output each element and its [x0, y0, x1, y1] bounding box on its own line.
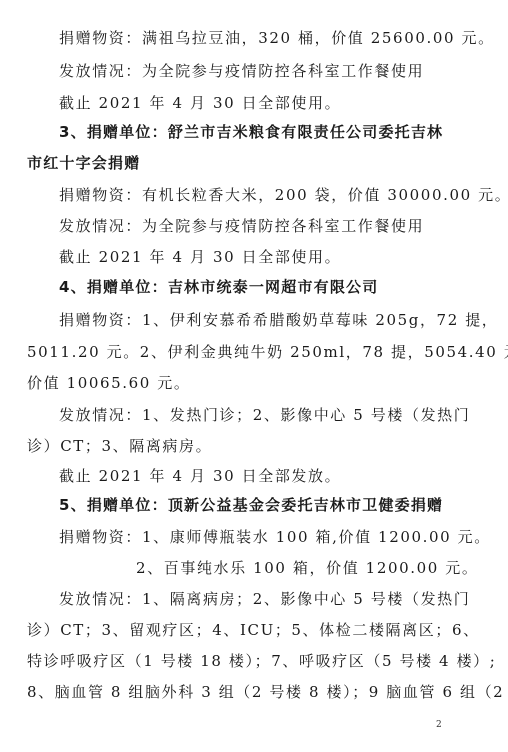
donation-items-water-2: 2、百事纯水乐 100 箱，价值 1200.00 元。 [136, 558, 478, 578]
donation-items-milk: 捐赠物资：1、伊利安慕希希腊酸奶草莓味 205g，72 提， [59, 310, 498, 330]
distribution-water-cont-1: 诊）CT；3、留观疗区；4、ICU；5、体检二楼隔离区；6、 [27, 620, 480, 640]
distribution-oil: 发放情况：为全院参与疫情防控各科室工作餐使用 [59, 61, 424, 81]
deadline-oil: 截止 2021 年 4 月 30 日全部使用。 [59, 93, 341, 113]
document-page: 捐赠物资：满祖乌拉豆油，320 桶，价值 25600.00 元。 发放情况：为全… [0, 0, 508, 752]
donation-items-oil: 捐赠物资：满祖乌拉豆油，320 桶，价值 25600.00 元。 [59, 28, 495, 48]
distribution-water-cont-3: 8、脑血管 8 组脑外科 3 组（2 号楼 8 楼）；9 脑血管 6 组（2 [27, 682, 504, 702]
donation-items-milk-cont: 5011.20 元。2、伊利金典纯牛奶 250ml，78 提，5054.40 元… [27, 342, 508, 362]
deadline-rice: 截止 2021 年 4 月 30 日全部使用。 [59, 247, 341, 267]
donation-value-milk: 价值 10065.60 元。 [27, 373, 191, 393]
distribution-water-cont-2: 特诊呼吸疗区（1 号楼 18 楼）；7、呼吸疗区（5 号楼 4 楼）; [27, 651, 496, 671]
heading-donor-3: 3、捐赠单位：舒兰市吉米粮食有限责任公司委托吉林 [59, 122, 443, 142]
heading-donor-5: 5、捐赠单位：顶新公益基金会委托吉林市卫健委捐赠 [59, 495, 443, 515]
distribution-milk-cont: 诊）CT；3、隔离病房。 [27, 436, 212, 456]
donation-items-rice: 捐赠物资：有机长粒香大米，200 袋，价值 30000.00 元。 [59, 185, 508, 205]
distribution-water: 发放情况：1、隔离病房；2、影像中心 5 号楼（发热门 [59, 589, 470, 609]
heading-donor-3-cont: 市红十字会捐赠 [27, 153, 140, 173]
deadline-milk: 截止 2021 年 4 月 30 日全部发放。 [59, 466, 341, 486]
distribution-milk: 发放情况：1、发热门诊；2、影像中心 5 号楼（发热门 [59, 405, 470, 425]
donation-items-water: 捐赠物资：1、康师傅瓶装水 100 箱,价值 1200.00 元。 [59, 527, 491, 547]
heading-donor-4: 4、捐赠单位：吉林市统泰一网超市有限公司 [59, 277, 378, 297]
page-number: 2 [436, 720, 442, 730]
distribution-rice: 发放情况：为全院参与疫情防控各科室工作餐使用 [59, 216, 424, 236]
